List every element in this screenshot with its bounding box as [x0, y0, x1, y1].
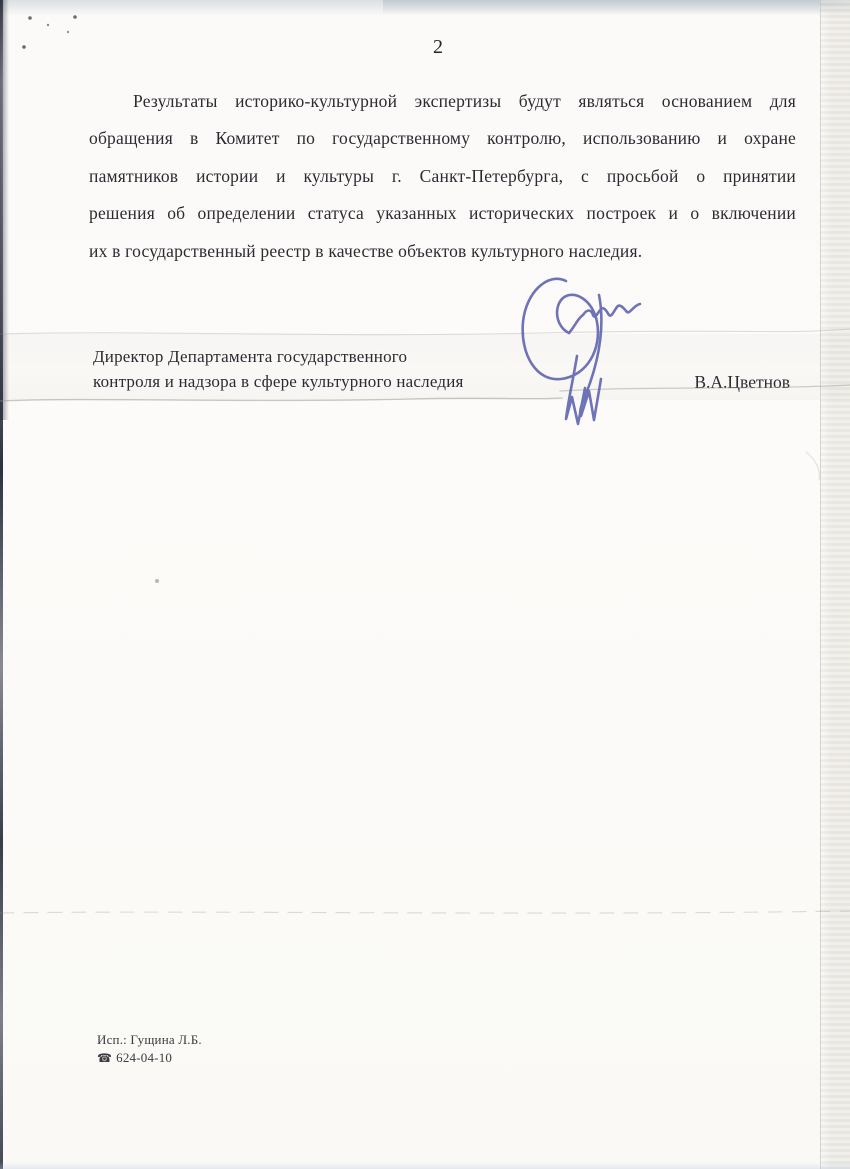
executor-phone-number: 624-04-10 — [116, 1049, 172, 1067]
phone-icon: ☎ — [97, 1049, 112, 1067]
paragraph-line: решения об определении статуса указанных… — [89, 195, 796, 232]
page-number: 2 — [426, 36, 450, 59]
scan-top-shadow-right — [383, 0, 850, 15]
fold-crease-lines — [0, 329, 850, 913]
paragraph-line: обращения в Комитет по государственному … — [89, 120, 796, 157]
scan-bottom-tint — [0, 1162, 850, 1169]
footer-executor-block: Исп.: Гущина Л.Б. ☎ 624-04-10 — [97, 1031, 202, 1067]
body-paragraph: Результаты историко-культурной экспертиз… — [89, 83, 796, 270]
executor-name: Исп.: Гущина Л.Б. — [97, 1031, 202, 1049]
signatory-name: В.А.Цветнов — [694, 372, 790, 394]
scan-top-shadow — [0, 0, 850, 16]
executor-phone-row: ☎ 624-04-10 — [97, 1049, 202, 1067]
scan-left-edge-line — [0, 0, 3, 1169]
paragraph-line: памятников истории и культуры г. Санкт-П… — [89, 158, 796, 195]
signature-block: Директор Департамента государственного к… — [93, 345, 790, 394]
signatory-title-line2: контроля и надзора в сфере культурного н… — [93, 370, 464, 395]
paragraph-line: их в государственный реестр в качестве о… — [89, 233, 796, 270]
scanned-document-page: 2 Результаты историко-культурной эксперт… — [0, 0, 850, 1169]
paragraph-line: Результаты историко-культурной экспертиз… — [89, 83, 796, 120]
page-right-edge-strip — [820, 0, 850, 1169]
signatory-title-line1: Директор Департамента государственного — [93, 345, 464, 370]
signatory-title: Директор Департамента государственного к… — [93, 345, 464, 394]
scan-left-edge-shadow — [0, 0, 9, 420]
